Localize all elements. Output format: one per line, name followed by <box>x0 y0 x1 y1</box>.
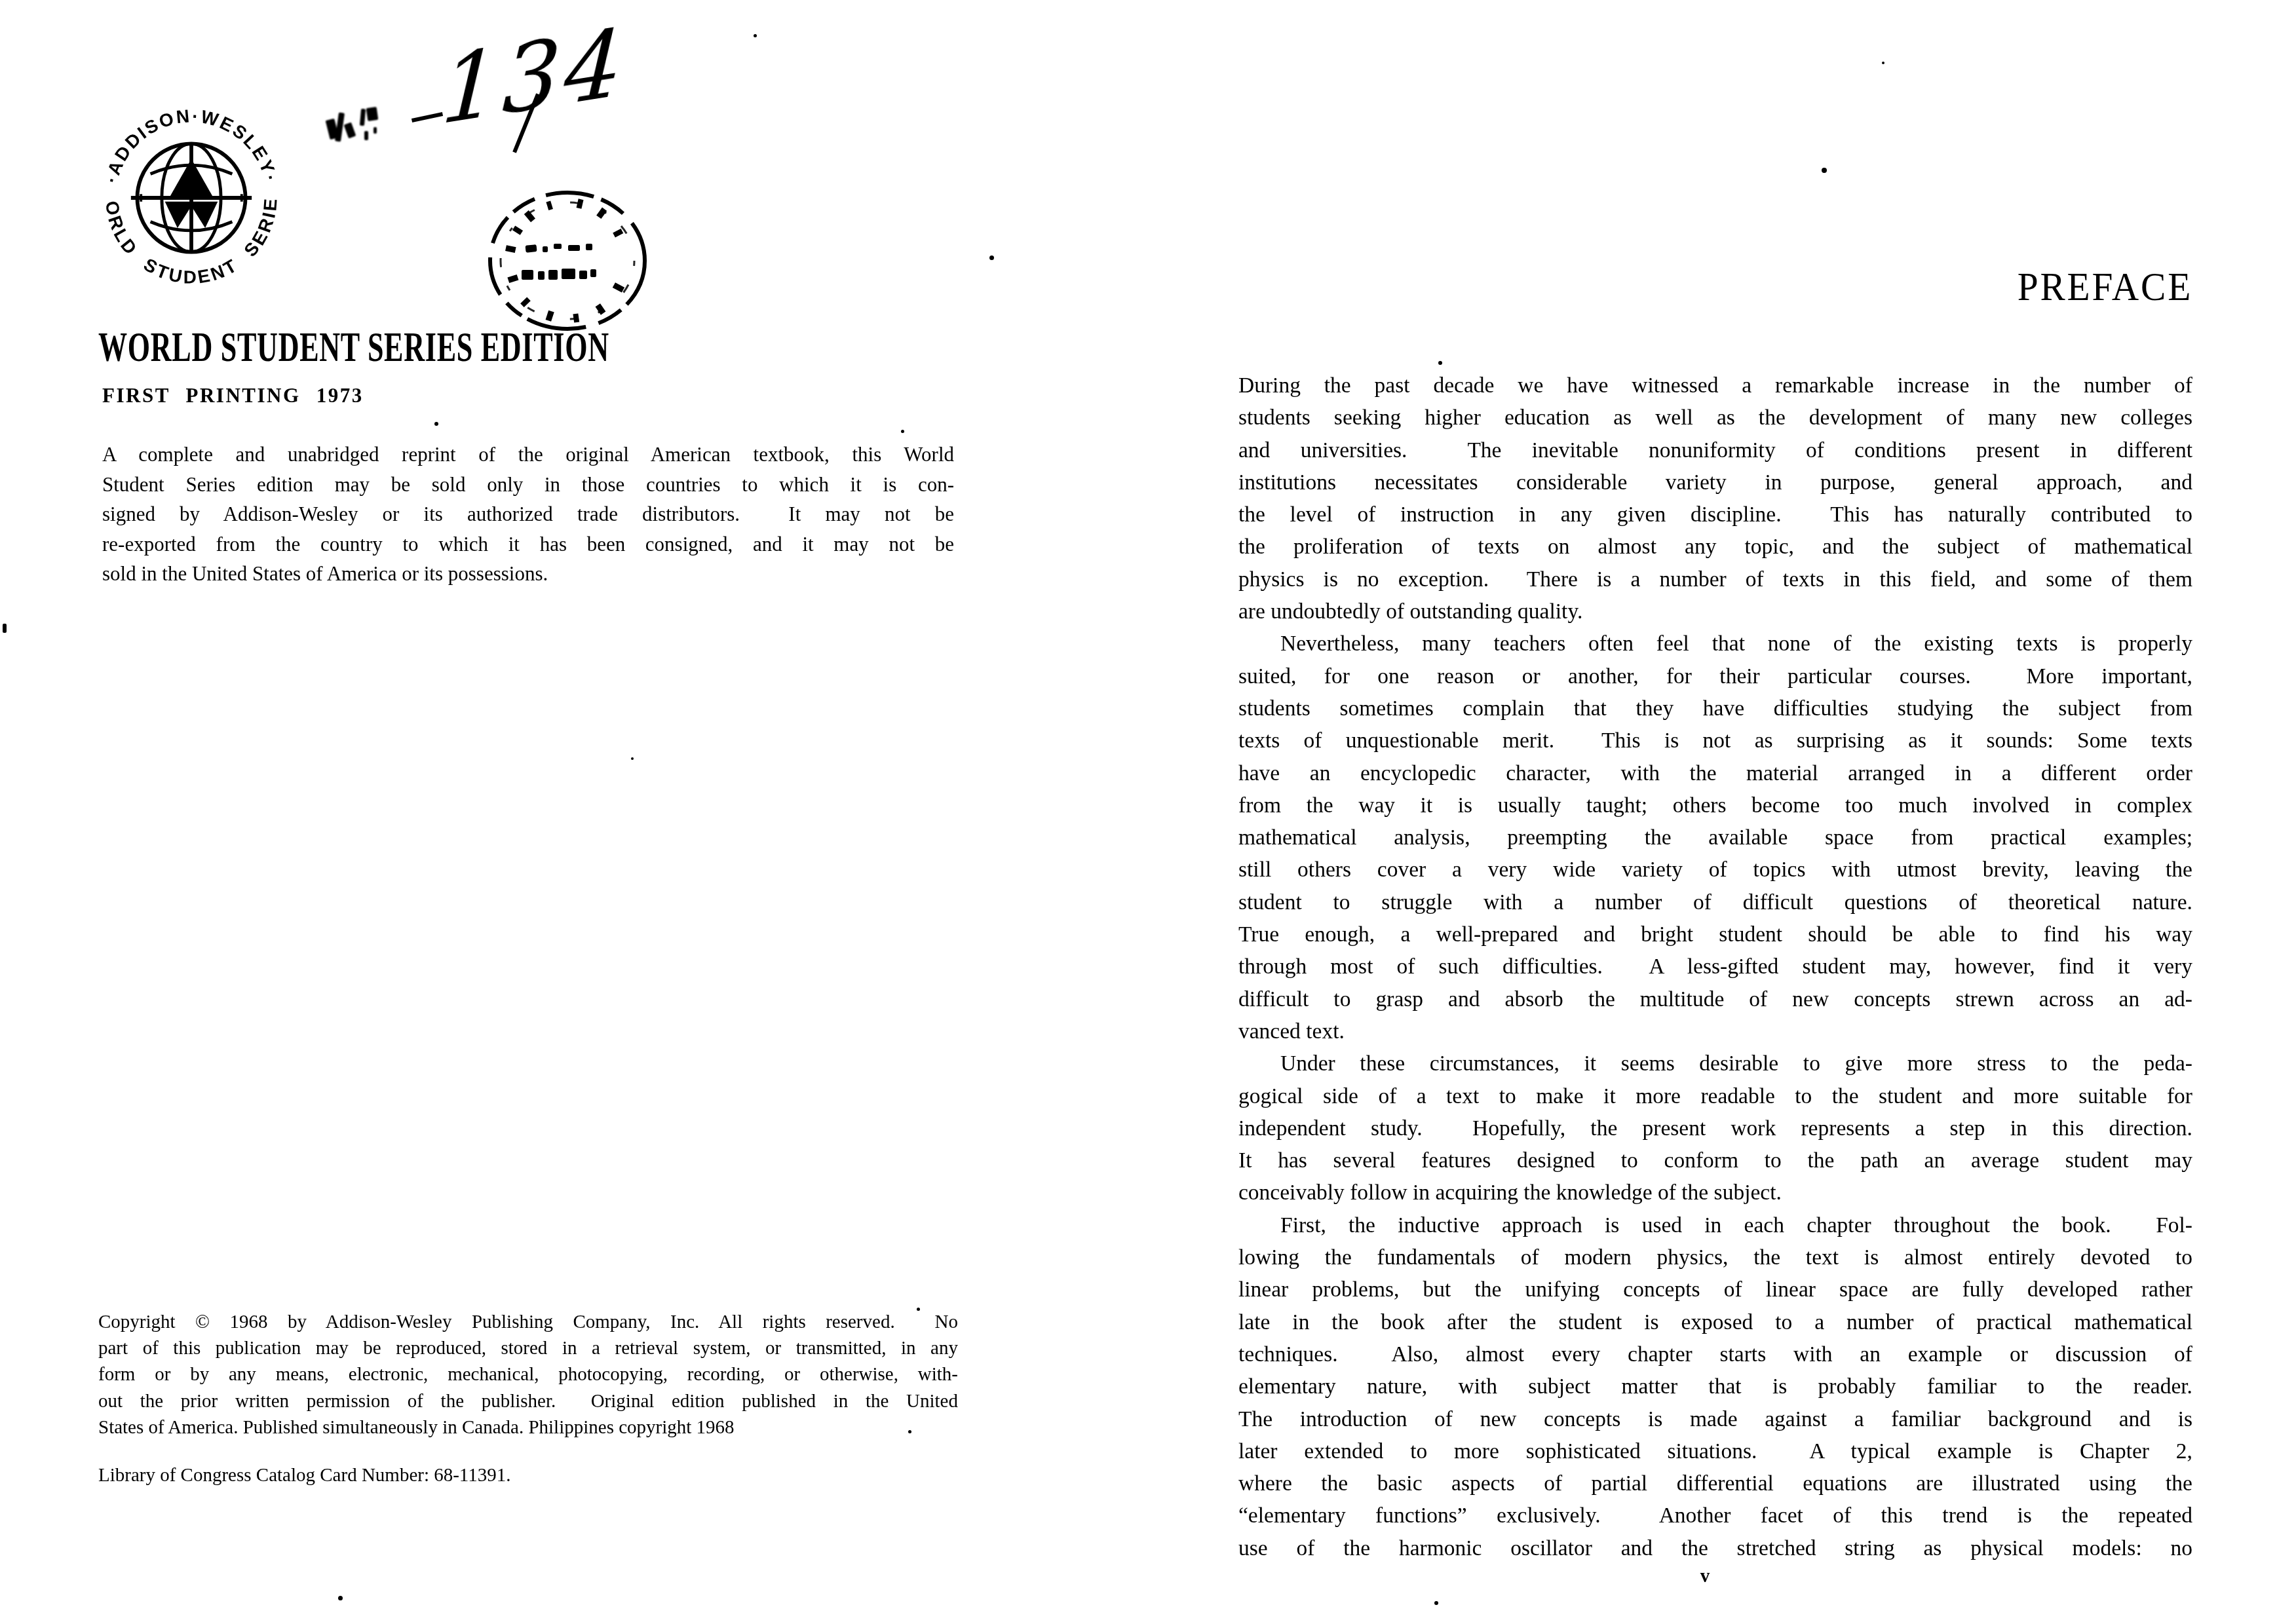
scan-speck <box>1434 1601 1438 1605</box>
text-line: texts of unquestionable merit. This is n… <box>1238 725 2192 757</box>
text-line: late in the book after the student is ex… <box>1238 1306 2192 1338</box>
text-line: the proliferation of texts on almost any… <box>1238 531 2192 563</box>
scan-speck <box>901 430 904 433</box>
scan-speck <box>917 1308 920 1311</box>
text-line: physics is no exception. There is a numb… <box>1238 563 2192 595</box>
scan-speck <box>3 624 7 633</box>
notice-line: signed by Addison-Wesley or its authoriz… <box>102 499 954 529</box>
text-line: The introduction of new concepts is made… <box>1238 1403 2192 1435</box>
scan-speck <box>908 1430 911 1433</box>
stamp-center-smudge <box>522 244 596 280</box>
text-line: It has several features designed to conf… <box>1238 1144 2192 1177</box>
text-line: Nevertheless, many teachers often feel t… <box>1238 628 2192 660</box>
text-line: use of the harmonic oscillator and the s… <box>1238 1532 2192 1564</box>
handwritten-scribble <box>326 107 405 159</box>
text-line: through most of such difficulties. A les… <box>1238 951 2192 983</box>
text-line: gogical side of a text to make it more r… <box>1238 1080 2192 1112</box>
scan-speck <box>338 1596 343 1600</box>
sales-notice-paragraph: A complete and unabridged reprint of the… <box>102 440 954 589</box>
copyright-line: form or by any means, electronic, mechan… <box>98 1361 958 1388</box>
scan-speck <box>434 422 438 426</box>
scan-speck <box>754 34 757 37</box>
scan-speck <box>989 255 994 260</box>
text-line: from the way it is usually taught; other… <box>1238 789 2192 821</box>
scan-speck <box>1438 361 1442 365</box>
text-line: suited, for one reason or another, for t… <box>1238 660 2192 692</box>
text-line: lowing the fundamentals of modern physic… <box>1238 1241 2192 1274</box>
scan-speck <box>1882 62 1885 64</box>
notice-line: Student Series edition may be sold only … <box>102 470 954 500</box>
text-line: conceivably follow in acquiring the know… <box>1238 1177 2192 1209</box>
copyright-paragraph: Copyright © 1968 by Addison-Wesley Publi… <box>98 1309 958 1441</box>
text-line: True enough, a well-prepared and bright … <box>1238 918 2192 951</box>
addison-wesley-logo: ·ADDISON·WESLEY· WORLD STUDENT SERIES <box>97 104 286 292</box>
text-line: later extended to more sophisticated sit… <box>1238 1435 2192 1467</box>
notice-line: A complete and unabridged reprint of the… <box>102 440 954 470</box>
text-line: the level of instruction in any given di… <box>1238 499 2192 531</box>
text-line: independent study. Hopefully, the presen… <box>1238 1112 2192 1144</box>
library-ink-stamp-icon <box>486 189 649 337</box>
text-line: and universities. The inevitable nonunif… <box>1238 434 2192 466</box>
text-line: difficult to grasp and absorb the multit… <box>1238 983 2192 1015</box>
text-line: institutions necessitates considerable v… <box>1238 466 2192 499</box>
handwritten-number: 134 <box>438 8 628 146</box>
printing-line: FIRST PRINTING 1973 <box>102 384 364 407</box>
text-line: techniques. Also, almost every chapter s… <box>1238 1338 2192 1370</box>
scan-speck <box>1822 168 1827 173</box>
copyright-line: Copyright © 1968 by Addison-Wesley Publi… <box>98 1309 958 1335</box>
globe-logo-icon: ·ADDISON·WESLEY· WORLD STUDENT SERIES <box>97 104 286 292</box>
text-line: During the past decade we have witnessed… <box>1238 369 2192 402</box>
handwritten-dash <box>411 112 443 123</box>
text-line: have an encyclopedic character, with the… <box>1238 757 2192 789</box>
text-line: are undoubtedly of outstanding quality. <box>1238 595 2192 628</box>
text-line: students sometimes complain that they ha… <box>1238 692 2192 725</box>
notice-line: re-exported from the country to which it… <box>102 529 954 559</box>
text-line: student to struggle with a number of dif… <box>1238 886 2192 918</box>
text-line: elementary nature, with subject matter t… <box>1238 1370 2192 1403</box>
page-title: PREFACE <box>1295 265 2192 311</box>
text-line: where the basic aspects of partial diffe… <box>1238 1467 2192 1500</box>
text-line: Under these circumstances, it seems desi… <box>1238 1048 2192 1080</box>
copyright-line: out the prior written permission of the … <box>98 1388 958 1414</box>
preface-text: During the past decade we have witnessed… <box>1238 369 2192 1564</box>
text-line: “elementary functions” exclusively. Anot… <box>1238 1500 2192 1532</box>
scan-speck <box>631 757 634 760</box>
page-number: v <box>1238 1566 2172 1587</box>
text-line: students seeking higher education as wel… <box>1238 402 2192 434</box>
text-line: First, the inductive approach is used in… <box>1238 1209 2192 1241</box>
text-line: linear problems, but the unifying concep… <box>1238 1274 2192 1306</box>
notice-line: sold in the United States of America or … <box>102 559 954 589</box>
stamp-ring-marks <box>505 198 624 322</box>
copyright-line: States of America. Published simultaneou… <box>98 1414 958 1441</box>
text-line: still others cover a very wide variety o… <box>1238 854 2192 886</box>
text-line: vanced text. <box>1238 1015 2192 1048</box>
copyright-line: part of this publication may be reproduc… <box>98 1335 958 1361</box>
scanned-book-spread: { "left_page": { "logo": { "ring_top": "… <box>0 0 2296 1624</box>
text-line: mathematical analysis, preempting the av… <box>1238 821 2192 854</box>
loc-catalog-line: Library of Congress Catalog Card Number:… <box>98 1465 511 1486</box>
